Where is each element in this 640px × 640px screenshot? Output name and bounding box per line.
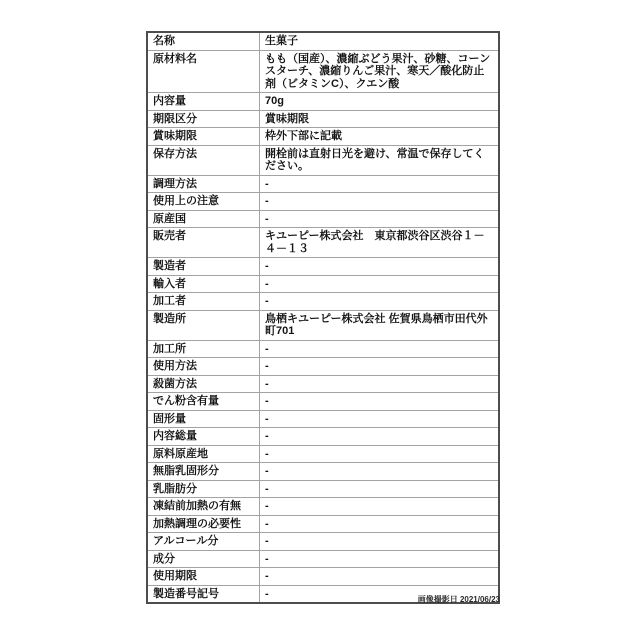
spec-value: - bbox=[260, 210, 500, 228]
spec-value: - bbox=[260, 550, 500, 568]
spec-label: 成分 bbox=[147, 550, 260, 568]
spec-label: 賞味期限 bbox=[147, 128, 260, 146]
table-row: 成分 - bbox=[147, 550, 499, 568]
table-row: 固形量 - bbox=[147, 410, 499, 428]
spec-value: - bbox=[260, 410, 500, 428]
table-row: 凍結前加熱の有無 - bbox=[147, 498, 499, 516]
table-row: 輸入者 - bbox=[147, 275, 499, 293]
spec-label: 凍結前加熱の有無 bbox=[147, 498, 260, 516]
spec-label: 調理方法 bbox=[147, 175, 260, 193]
table-row: 乳脂肪分 - bbox=[147, 480, 499, 498]
table-row: 加熱調理の必要性 - bbox=[147, 515, 499, 533]
spec-value: 枠外下部に記載 bbox=[260, 128, 500, 146]
spec-value: 賞味期限 bbox=[260, 110, 500, 128]
spec-label: 加熱調理の必要性 bbox=[147, 515, 260, 533]
product-spec-table: 名称 生菓子 原材料名 もも（国産）、濃縮ぶどう果汁、砂糖、コーンスターチ、濃縮… bbox=[146, 31, 500, 604]
spec-value: 鳥栖キユーピー株式会社 佐賀県鳥栖市田代外町701 bbox=[260, 310, 500, 340]
spec-label: アルコール分 bbox=[147, 533, 260, 551]
spec-label: 製造所 bbox=[147, 310, 260, 340]
spec-value: - bbox=[260, 193, 500, 211]
spec-value: - bbox=[260, 498, 500, 516]
table-row: 名称 生菓子 bbox=[147, 32, 499, 50]
table-row: 殺菌方法 - bbox=[147, 375, 499, 393]
spec-value: - bbox=[260, 275, 500, 293]
table-row: 使用方法 - bbox=[147, 358, 499, 376]
table-row: 無脂乳固形分 - bbox=[147, 463, 499, 481]
table-row: 使用上の注意 - bbox=[147, 193, 499, 211]
spec-label: 内容総量 bbox=[147, 428, 260, 446]
spec-label: 殺菌方法 bbox=[147, 375, 260, 393]
spec-value: キユーピー株式会社 東京都渋谷区渋谷１－４－１３ bbox=[260, 228, 500, 258]
spec-label: でん粉含有量 bbox=[147, 393, 260, 411]
table-row: 保存方法 開栓前は直射日光を避け、常温で保存してください。 bbox=[147, 145, 499, 175]
spec-value: - bbox=[260, 463, 500, 481]
spec-label: 加工所 bbox=[147, 340, 260, 358]
table-row: 原料原産地 - bbox=[147, 445, 499, 463]
spec-label: 使用方法 bbox=[147, 358, 260, 376]
spec-label: 固形量 bbox=[147, 410, 260, 428]
spec-value: 70g bbox=[260, 93, 500, 111]
product-spec-page: 名称 生菓子 原材料名 もも（国産）、濃縮ぶどう果汁、砂糖、コーンスターチ、濃縮… bbox=[0, 0, 640, 640]
spec-value: - bbox=[260, 568, 500, 586]
table-row: 加工者 - bbox=[147, 293, 499, 311]
spec-value: - bbox=[260, 480, 500, 498]
product-spec-table-body: 名称 生菓子 原材料名 もも（国産）、濃縮ぶどう果汁、砂糖、コーンスターチ、濃縮… bbox=[147, 32, 499, 603]
table-row: 内容総量 - bbox=[147, 428, 499, 446]
spec-label: 使用期限 bbox=[147, 568, 260, 586]
spec-value: - bbox=[260, 375, 500, 393]
spec-value: 生菓子 bbox=[260, 32, 500, 50]
table-row: アルコール分 - bbox=[147, 533, 499, 551]
table-row: でん粉含有量 - bbox=[147, 393, 499, 411]
table-row: 原材料名 もも（国産）、濃縮ぶどう果汁、砂糖、コーンスターチ、濃縮りんご果汁、寒… bbox=[147, 50, 499, 93]
spec-label: 原料原産地 bbox=[147, 445, 260, 463]
spec-value: - bbox=[260, 515, 500, 533]
spec-value: - bbox=[260, 293, 500, 311]
spec-label: 製造者 bbox=[147, 258, 260, 276]
spec-value: - bbox=[260, 358, 500, 376]
image-date-caption: 画像撮影日 2021/06/23 bbox=[146, 595, 500, 605]
spec-value: - bbox=[260, 175, 500, 193]
spec-value: 開栓前は直射日光を避け、常温で保存してください。 bbox=[260, 145, 500, 175]
spec-label: 原産国 bbox=[147, 210, 260, 228]
spec-label: 使用上の注意 bbox=[147, 193, 260, 211]
spec-value: もも（国産）、濃縮ぶどう果汁、砂糖、コーンスターチ、濃縮りんご果汁、寒天／酸化防… bbox=[260, 50, 500, 93]
spec-label: 保存方法 bbox=[147, 145, 260, 175]
spec-value: - bbox=[260, 445, 500, 463]
table-row: 賞味期限 枠外下部に記載 bbox=[147, 128, 499, 146]
spec-label: 名称 bbox=[147, 32, 260, 50]
spec-value: - bbox=[260, 340, 500, 358]
spec-label: 輸入者 bbox=[147, 275, 260, 293]
spec-value: - bbox=[260, 393, 500, 411]
table-row: 調理方法 - bbox=[147, 175, 499, 193]
spec-label: 期限区分 bbox=[147, 110, 260, 128]
table-row: 製造者 - bbox=[147, 258, 499, 276]
spec-label: 原材料名 bbox=[147, 50, 260, 93]
table-row: 使用期限 - bbox=[147, 568, 499, 586]
spec-label: 無脂乳固形分 bbox=[147, 463, 260, 481]
table-row: 期限区分 賞味期限 bbox=[147, 110, 499, 128]
spec-label: 販売者 bbox=[147, 228, 260, 258]
table-row: 製造所 鳥栖キユーピー株式会社 佐賀県鳥栖市田代外町701 bbox=[147, 310, 499, 340]
table-row: 販売者 キユーピー株式会社 東京都渋谷区渋谷１－４－１３ bbox=[147, 228, 499, 258]
table-row: 内容量 70g bbox=[147, 93, 499, 111]
spec-value: - bbox=[260, 428, 500, 446]
spec-value: - bbox=[260, 258, 500, 276]
table-row: 加工所 - bbox=[147, 340, 499, 358]
table-row: 原産国 - bbox=[147, 210, 499, 228]
spec-label: 加工者 bbox=[147, 293, 260, 311]
spec-label: 乳脂肪分 bbox=[147, 480, 260, 498]
spec-value: - bbox=[260, 533, 500, 551]
spec-label: 内容量 bbox=[147, 93, 260, 111]
